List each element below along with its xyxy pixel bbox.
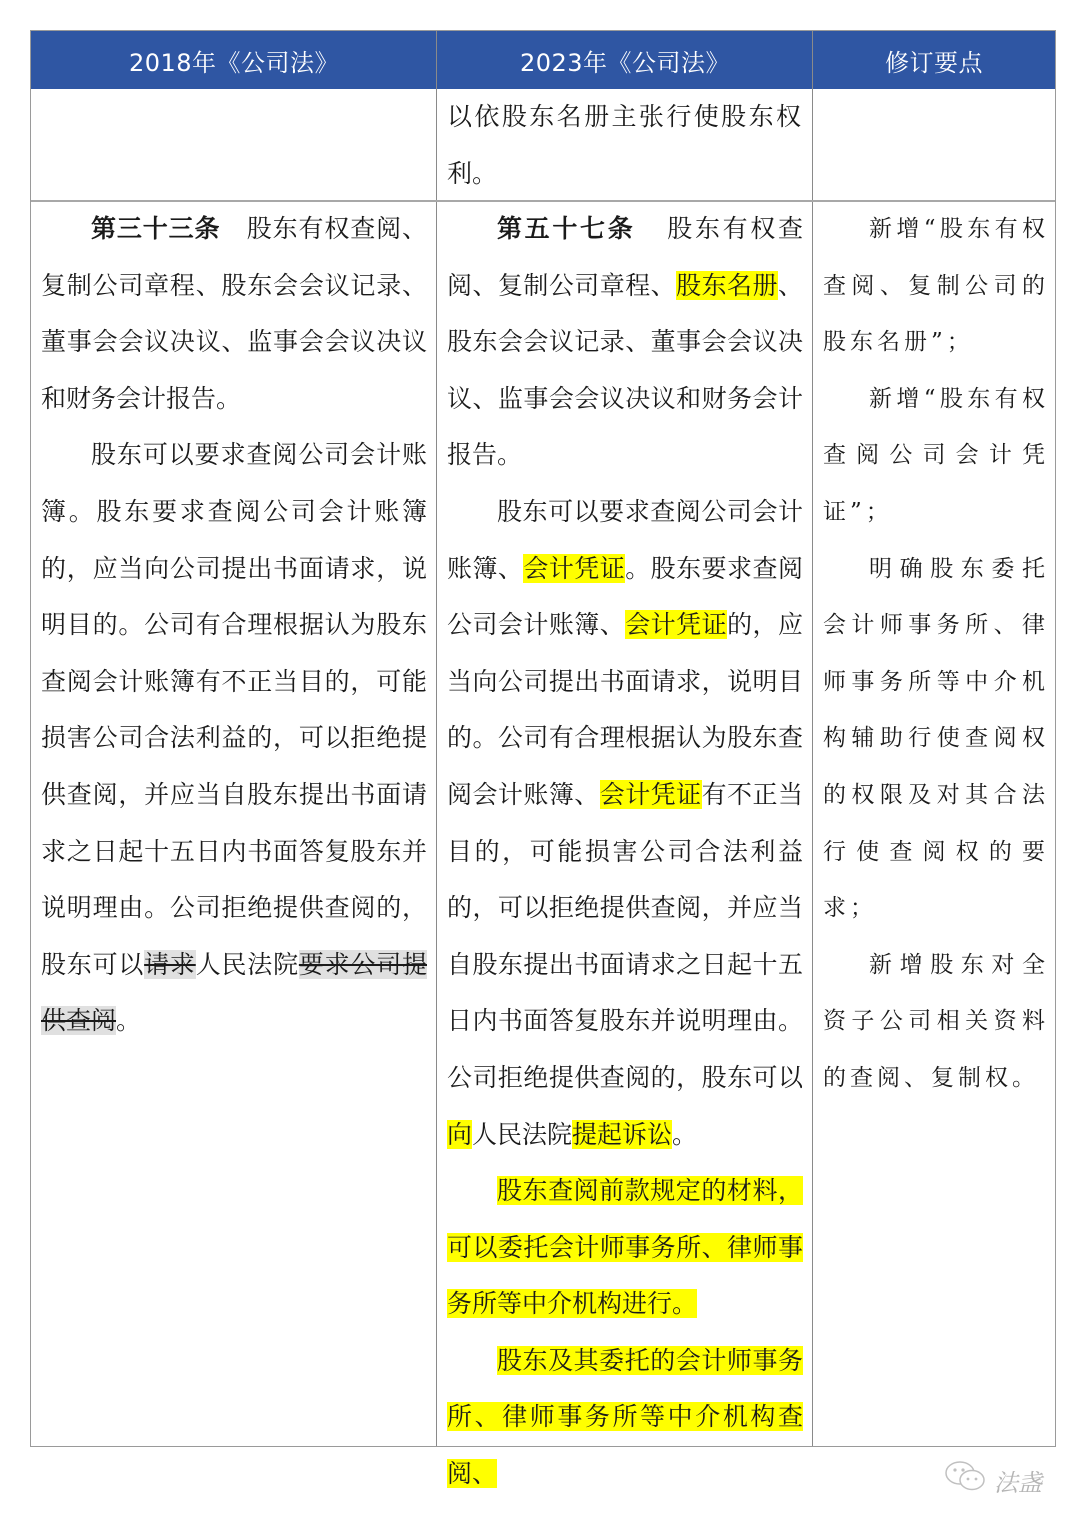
row1-2023-text: 以依股东名册主张行使股东权利。 — [447, 89, 801, 202]
watermark-text: 法盏 — [994, 1463, 1042, 1498]
header-2018: 2018年《公司法》 — [31, 31, 437, 89]
row2-notes-cell: 新增“股东有权查阅、复制公司的股东名册”； 新增“股东有权查阅公司会计凭证”； … — [823, 201, 1049, 1107]
highlight-added: 会计凭证 — [600, 780, 702, 809]
wechat-icon — [944, 1460, 988, 1500]
article-number: 第三十三条 — [91, 214, 220, 243]
row2-2018-cell: 第三十三条 股东有权查阅、复制公司章程、股东会会议记录、董事会会议决议、监事会会… — [41, 201, 427, 1050]
header-revision-points: 修订要点 — [813, 31, 1055, 89]
article-57-para3: 股东查阅前款规定的材料，可以委托会计师事务所、律师事务所等中介机构进行。 — [447, 1163, 803, 1333]
highlight-added: 向 — [447, 1120, 472, 1149]
article-33-para2: 股东可以要求查阅公司会计账簿。股东要求查阅公司会计账簿的，应当向公司提出书面请求… — [41, 427, 427, 1050]
note-item: 明确股东委托会计师事务所、律师事务所等中介机构辅助行使查阅权的权限及对其合法行使… — [823, 541, 1049, 937]
comparison-table: 2018年《公司法》 2023年《公司法》 修订要点 以依股东名册主张行使股东权… — [30, 30, 1056, 1447]
column-divider — [436, 31, 437, 1446]
article-57-para2: 股东可以要求查阅公司会计账簿、会计凭证。股东要求查阅公司会计账簿、会计凭证的，应… — [447, 484, 803, 1163]
header-2023: 2023年《公司法》 — [437, 31, 813, 89]
highlight-added: 会计凭证 — [523, 554, 625, 583]
highlight-added: 会计凭证 — [625, 610, 727, 639]
article-57: 第五十七条 股东有权查阅、复制公司章程、股东名册、股东会会议记录、董事会会议决议… — [447, 201, 803, 484]
highlight-added: 提起诉讼 — [572, 1120, 672, 1149]
deleted-text: 请求 — [144, 950, 196, 979]
note-item: 新增“股东有权查阅公司会计凭证”； — [823, 371, 1049, 541]
row2-2023-cell: 第五十七条 股东有权查阅、复制公司章程、股东名册、股东会会议记录、董事会会议决议… — [447, 201, 803, 1503]
note-item: 新增“股东有权查阅、复制公司的股东名册”； — [823, 201, 1049, 371]
highlight-added: 股东查阅前款规定的材料，可以委托会计师事务所、律师事务所等中介机构进行。 — [447, 1176, 803, 1318]
highlight-added: 股东及其委托的会计师事务所、律师事务所等中介机构查阅、 — [447, 1346, 803, 1488]
article-number: 第五十七条 — [497, 214, 635, 243]
article-57-para4: 股东及其委托的会计师事务所、律师事务所等中介机构查阅、 — [447, 1333, 803, 1503]
article-33: 第三十三条 股东有权查阅、复制公司章程、股东会会议记录、董事会会议决议、监事会会… — [41, 201, 427, 427]
note-item: 新增股东对全资子公司相关资料的查阅、复制权。 — [823, 937, 1049, 1107]
watermark: 法盏 — [944, 1460, 1042, 1500]
column-divider — [812, 31, 813, 1446]
highlight-added: 股东名册 — [676, 271, 778, 300]
row1-2023-cell: 以依股东名册主张行使股东权利。 — [447, 89, 801, 202]
